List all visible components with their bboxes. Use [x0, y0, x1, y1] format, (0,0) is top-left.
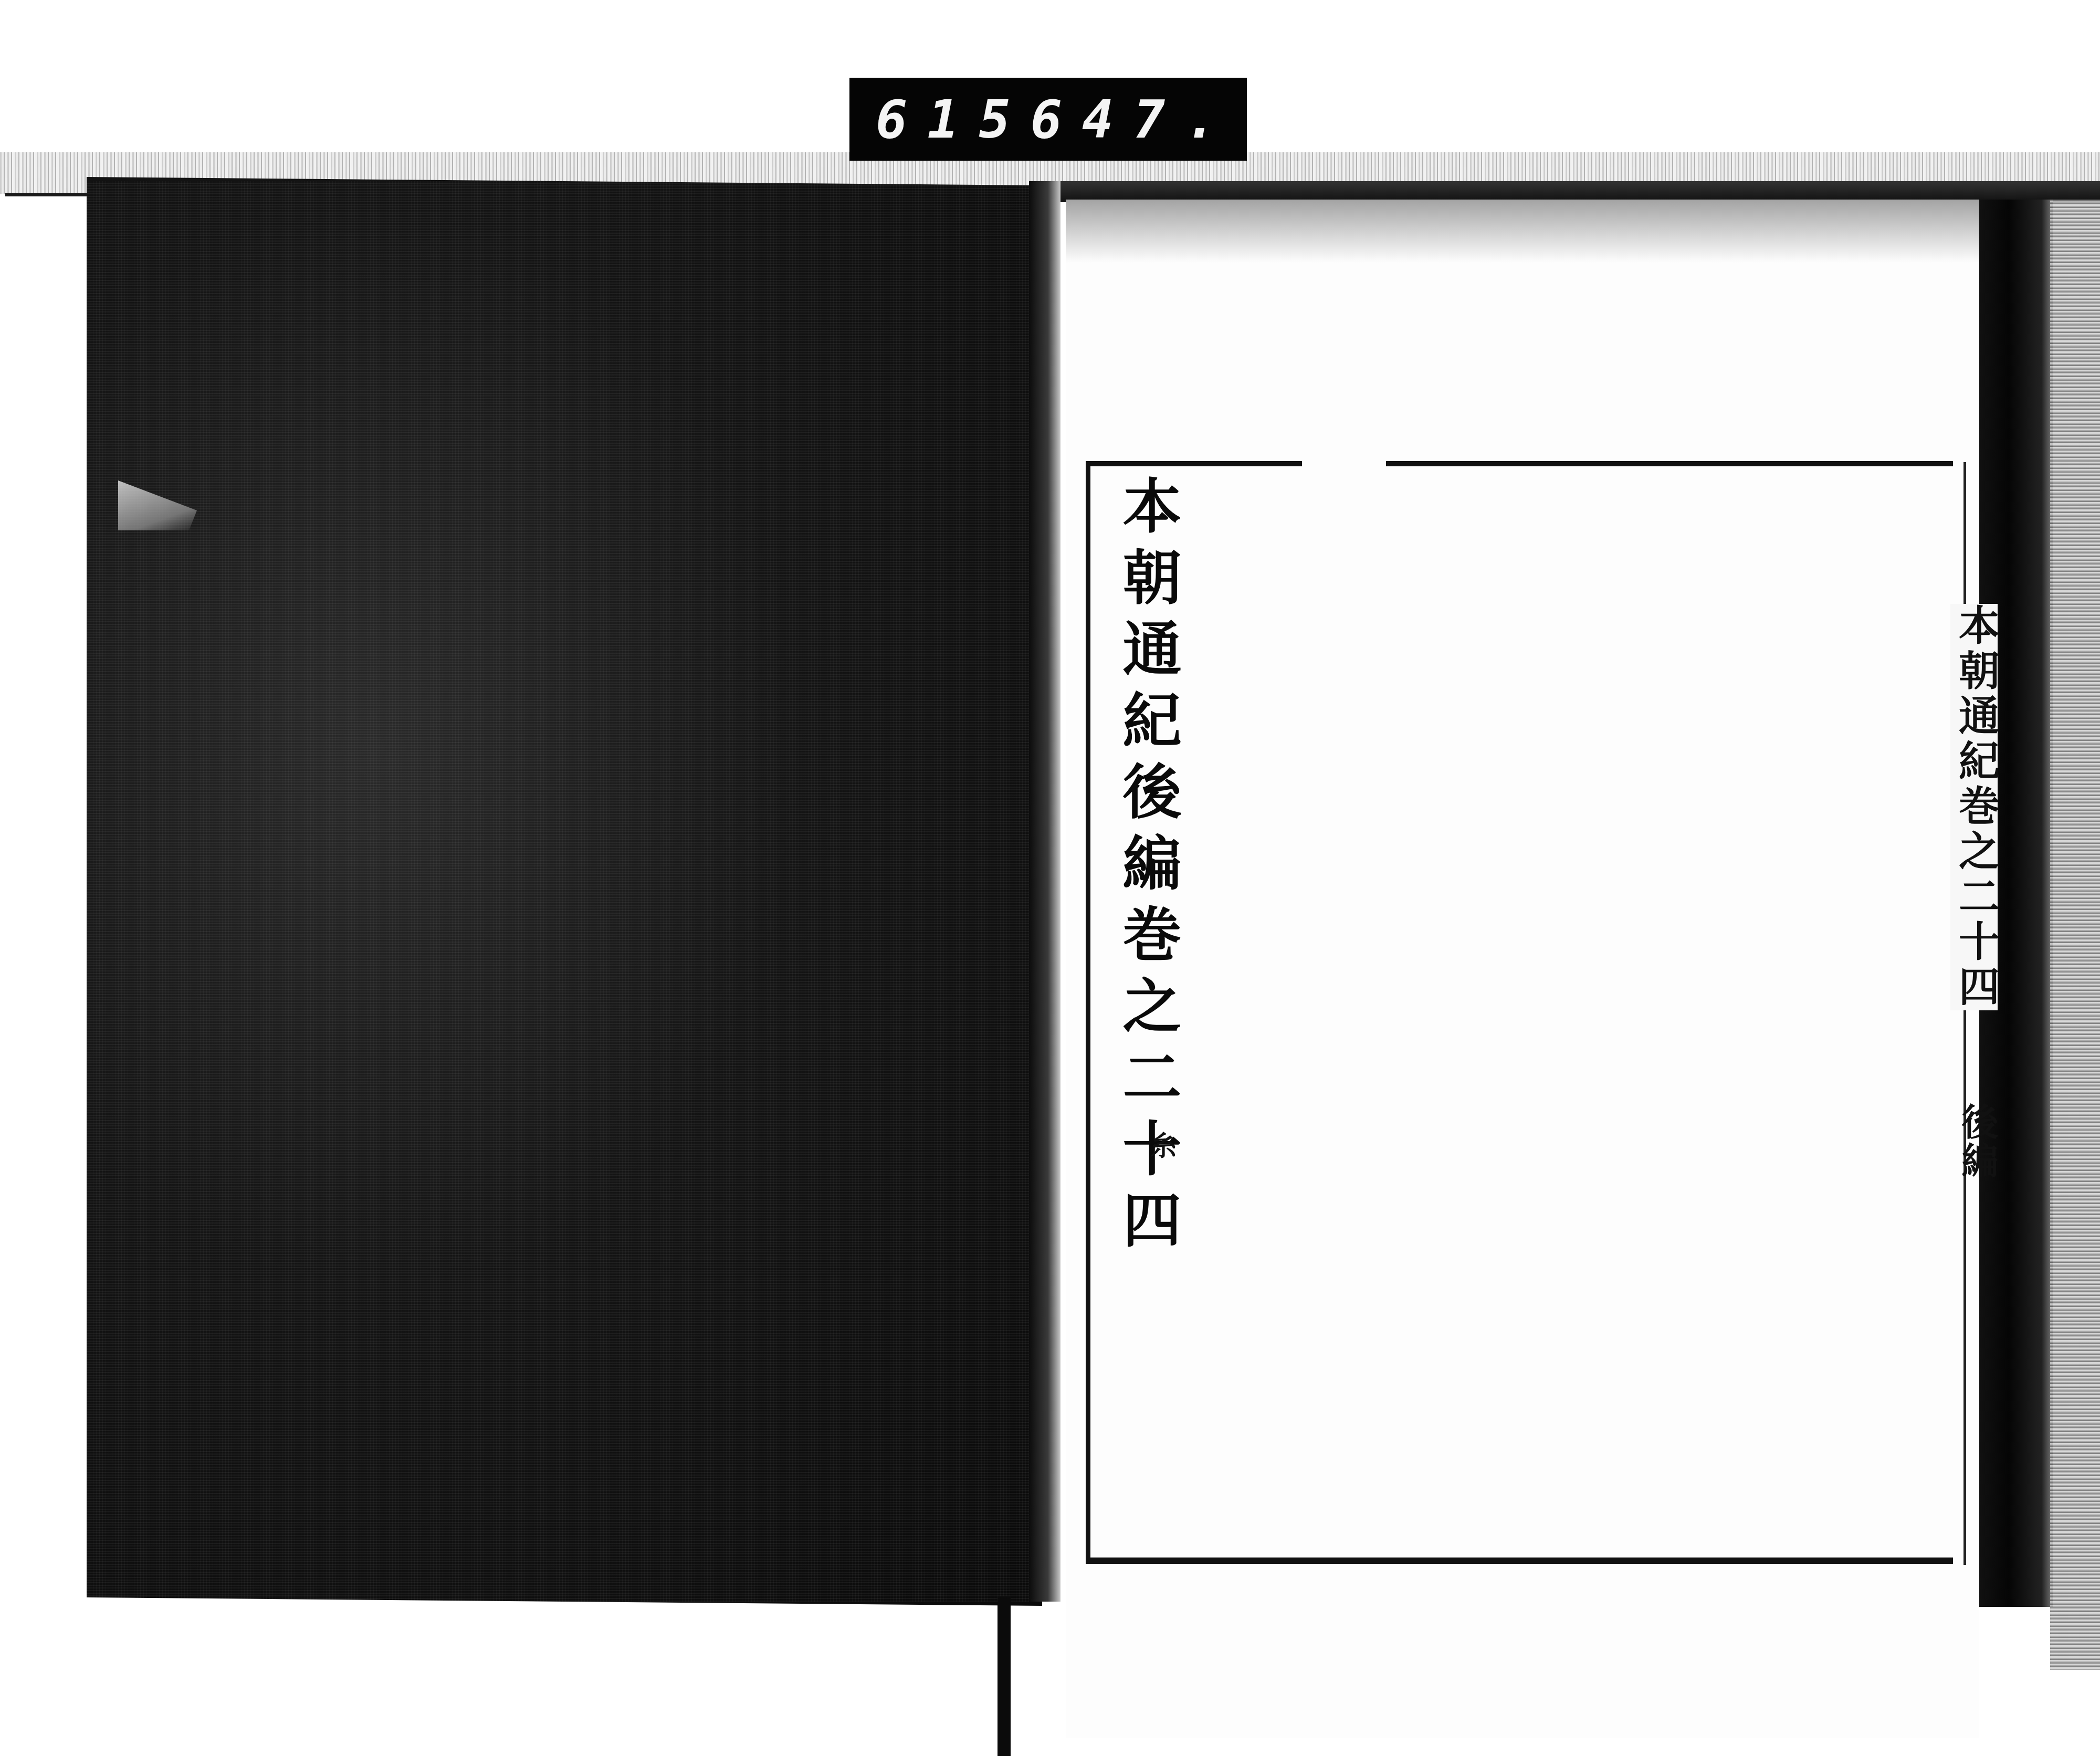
frame-number-left: 615: [876, 89, 1031, 150]
page-top-band: [1060, 181, 2100, 202]
cover-bottom-tab: [997, 1596, 1011, 1756]
page-top-shade: [1066, 200, 1979, 263]
title-border-frame: [1086, 461, 1953, 1564]
spine-subtitle: 後編: [1950, 1103, 1998, 1180]
right-scanner-edge: [2050, 200, 2100, 1670]
border-gap: [1302, 458, 1386, 469]
frame-number-right: 647.: [1031, 89, 1237, 150]
gutter-shadow: [1029, 181, 1060, 1602]
title-annotation: 糸: [1150, 1124, 1177, 1163]
frame-number-label: 615 647.: [849, 78, 1247, 161]
spine-title: 本朝通紀巻之二十四: [1950, 604, 1998, 1010]
cover-texture: [87, 181, 1042, 1602]
